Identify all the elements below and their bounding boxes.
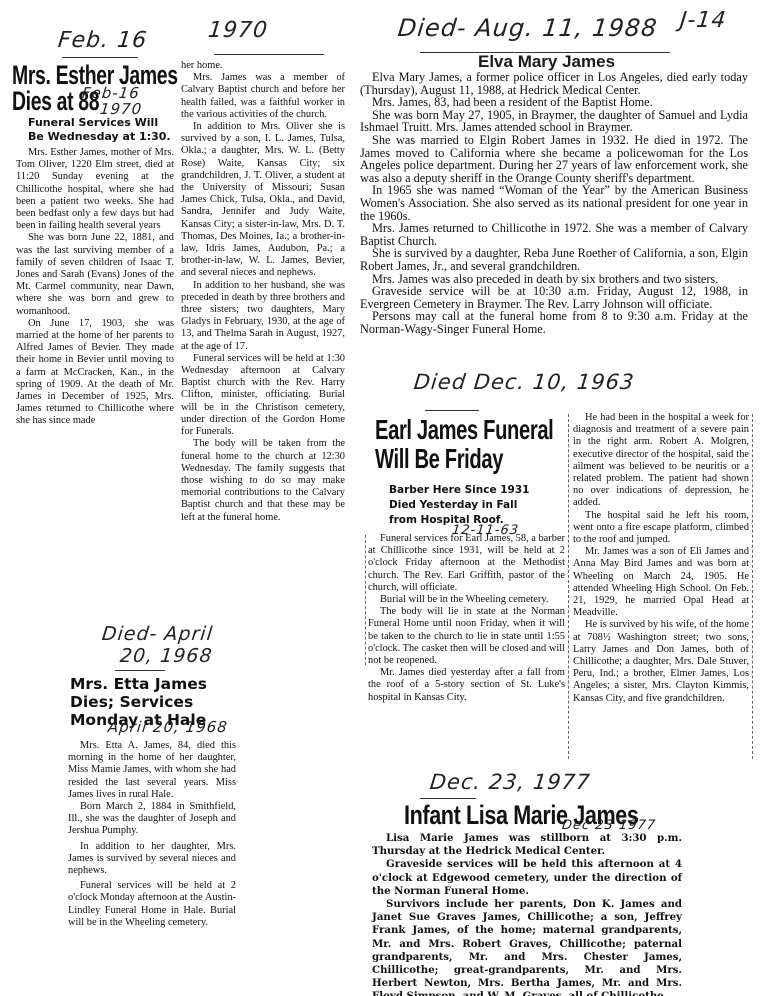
paragraph: The body will be taken from the funeral … (181, 438, 345, 523)
article-column: her home. Mrs. James was a member of Cal… (181, 60, 345, 524)
handwritten-page-number: J-14 (679, 8, 728, 33)
paragraph: her home. (181, 60, 345, 72)
paragraph: The hospital said he left his room, went… (573, 510, 749, 547)
paragraph: She was born May 27, 1905, in Braymer, t… (360, 109, 748, 134)
paragraph: Funeral services will be held at 2 o'clo… (68, 880, 236, 929)
divider (115, 670, 165, 671)
article-column: Mrs. Etta A. James, 84, died this mornin… (68, 740, 236, 929)
headline: Earl James Funeral (375, 414, 553, 446)
subheadline: Be Wednesday at 1:30. (28, 130, 171, 143)
handwritten-date: Died- April (101, 623, 214, 645)
paragraph: Funeral services for Earl James, 58, a b… (368, 533, 565, 594)
paragraph: Lisa Marie James was stillborn at 3:30 p… (372, 832, 682, 858)
handwritten-date: Feb. 16 (57, 28, 149, 53)
article-column: Mrs. Esther James, mother of Mrs. Tom Ol… (16, 147, 174, 428)
paragraph: Persons may call at the funeral home fro… (360, 310, 748, 335)
column-border (365, 535, 367, 665)
handwritten-date: Died Dec. 10, 1963 (413, 370, 636, 394)
paragraph: Mrs. James was a member of Calvary Bapti… (181, 72, 345, 121)
article-body: Elva Mary James, a former police officer… (360, 71, 748, 335)
paragraph: The body will lie in state at the Norman… (368, 606, 565, 667)
handwritten-date: 20, 1968 (119, 645, 214, 667)
handwritten-date: Died- Aug. 11, 1988 (397, 14, 659, 42)
paragraph: Elva Mary James, a former police officer… (360, 71, 748, 96)
column-border (568, 414, 570, 759)
paragraph: She was married to Elgin Robert James in… (360, 134, 748, 184)
subheadline: Barber Here Since 1931 (389, 484, 529, 496)
paragraph: Survivors include her parents, Don K. Ja… (372, 898, 682, 996)
divider (420, 798, 476, 799)
headline-line: Mrs. Etta James (70, 675, 207, 693)
paragraph: Mr. James died yesterday after a fall fr… (368, 667, 565, 704)
paragraph: In addition to Mrs. Oliver she is surviv… (181, 121, 345, 280)
handwritten-date: Dec. 23, 1977 (429, 770, 592, 794)
paragraph: On June 17, 1903, she was married at the… (16, 318, 174, 428)
paragraph: Mrs. Etta A. James, 84, died this mornin… (68, 740, 236, 801)
article-column: Funeral services for Earl James, 58, a b… (368, 533, 565, 704)
headline-line: Dies; Services (70, 693, 207, 711)
paragraph: Graveside service will be at 10:30 a.m. … (360, 285, 748, 310)
paragraph: Mr. James was a son of Eli James and Ann… (573, 546, 749, 619)
paragraph: He is survived by his wife, of the home … (573, 619, 749, 704)
paragraph: Mrs. James, 83, had been a resident of t… (360, 96, 748, 109)
paragraph: Burial will be in the Wheeling cemetery. (368, 594, 565, 606)
article-column: He had been in the hospital a week for d… (573, 412, 749, 705)
paragraph: She is survived by a daughter, Reba June… (360, 247, 748, 272)
headline: Elva Mary James (478, 52, 615, 72)
handwritten-year: 1970 (207, 18, 270, 43)
headline: Will Be Friday (375, 443, 503, 475)
divider (425, 410, 479, 411)
paragraph: Born March 2, 1884 in Smithfield, Ill., … (68, 801, 236, 838)
paragraph: In addition to her husband, she was prec… (181, 280, 345, 353)
article-body: Lisa Marie James was stillborn at 3:30 p… (372, 832, 682, 996)
subheadline: Died Yesterday in Fall (389, 499, 517, 511)
paragraph: Funeral services will be held at 1:30 We… (181, 353, 345, 438)
paragraph: In addition to her daughter, Mrs. James … (68, 841, 236, 878)
handwritten-date: Dec 23 1977 (561, 818, 657, 833)
divider (62, 57, 138, 58)
divider (214, 54, 324, 55)
handwritten-date: April 20, 1968 (107, 718, 229, 736)
paragraph: Mrs. James returned to Chillicothe in 19… (360, 222, 748, 247)
paragraph: Graveside services will be held this aft… (372, 858, 682, 898)
subheadline: Funeral Services Will (28, 116, 158, 129)
column-border (752, 414, 754, 759)
paragraph: She was born June 22, 1881, and was the … (16, 232, 174, 317)
paragraph: He had been in the hospital a week for d… (573, 412, 749, 510)
paragraph: In 1965 she was named “Woman of the Year… (360, 184, 748, 222)
paragraph: Mrs. Esther James, mother of Mrs. Tom Ol… (16, 147, 174, 232)
